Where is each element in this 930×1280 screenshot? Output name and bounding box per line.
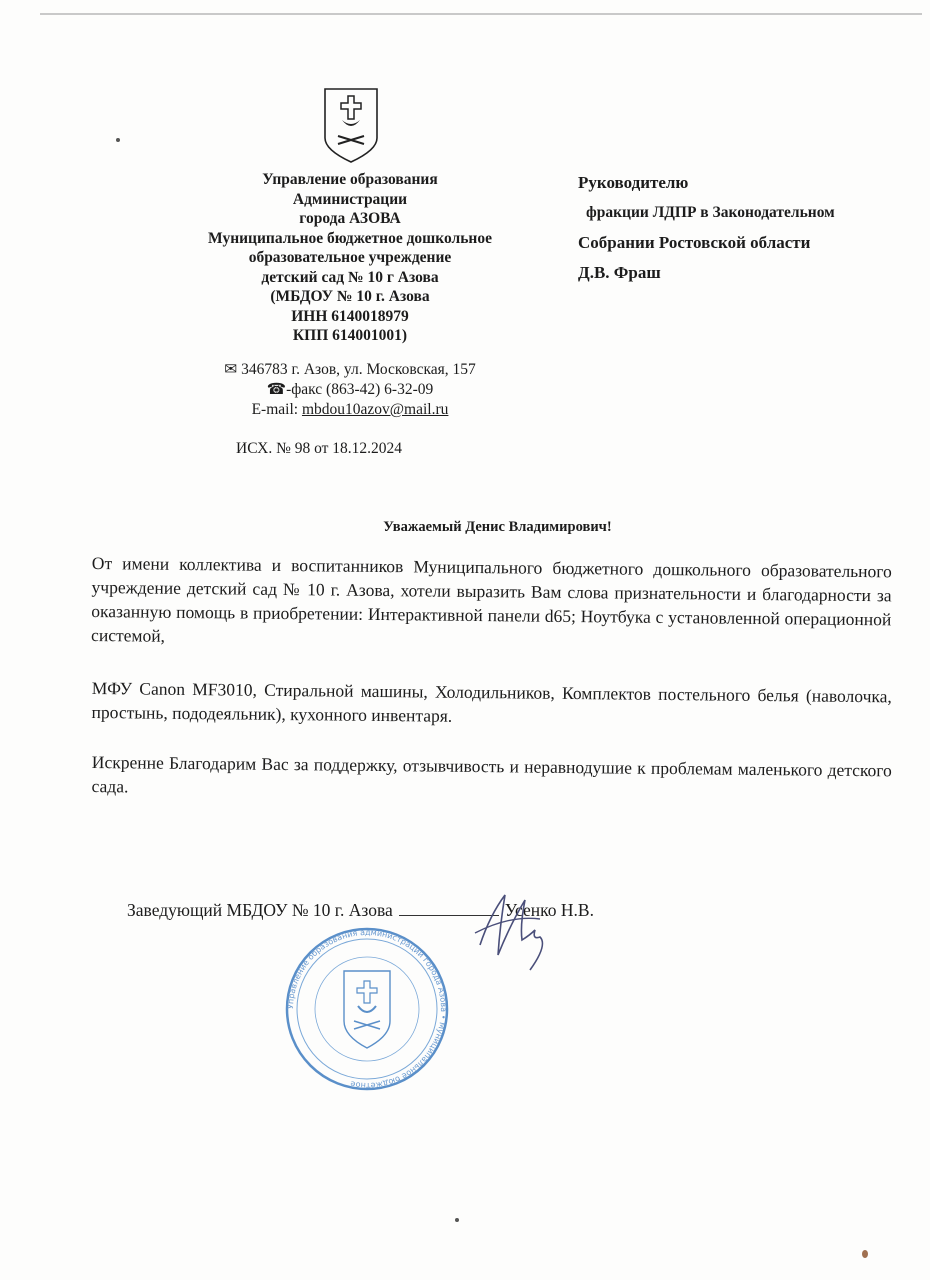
email-link[interactable]: mbdou10azov@mail.ru — [302, 401, 448, 418]
letter-paragraph: МФУ Canon MF3010, Стиральной машины, Хол… — [91, 676, 891, 732]
signer-position: Заведующий МБДОУ № 10 г. Азова — [127, 900, 393, 920]
addressee-line: Собрании Ростовской области — [578, 228, 835, 258]
address-line: ✉ 346783 г. Азов, ул. Московская, 157 — [150, 360, 550, 380]
addressee-line: фракции ЛДПР в Законодательном — [578, 198, 835, 228]
header-line: Управление образования — [150, 170, 550, 190]
scan-speck — [455, 1218, 459, 1222]
letter-paragraph: Искренне Благодарим Вас за поддержку, от… — [91, 750, 891, 806]
email-line: E-mail: mbdou10azov@mail.ru — [150, 400, 550, 420]
official-stamp-icon: Управление образования администрации гор… — [284, 926, 450, 1092]
envelope-icon: ✉ — [224, 361, 237, 378]
inn-line: ИНН 6140018979 — [150, 307, 550, 327]
addressee-name: Д.В. Фраш — [578, 258, 835, 288]
address-text: 346783 г. Азов, ул. Московская, 157 — [241, 361, 476, 378]
header-line: образовательное учреждение — [150, 248, 550, 268]
header-line: Муниципальное бюджетное дошкольное — [150, 229, 550, 249]
letter-greeting: Уважаемый Денис Владимирович! — [0, 519, 930, 536]
handwritten-signature-icon — [470, 885, 570, 975]
email-label: E-mail: — [252, 401, 302, 418]
outgoing-number: ИСХ. № 98 от 18.12.2024 — [236, 440, 402, 458]
phone-line: ☎-факс (863-42) 6-32-09 — [150, 380, 550, 400]
header-line: города АЗОВА — [150, 209, 550, 229]
scan-speck — [862, 1250, 868, 1258]
header-line: Администрации — [150, 190, 550, 210]
scan-speck — [116, 138, 120, 142]
letter-paragraph: От имени коллектива и воспитанников Муни… — [91, 551, 892, 655]
scan-edge-line — [40, 13, 922, 15]
sender-contacts: ✉ 346783 г. Азов, ул. Московская, 157 ☎-… — [150, 360, 550, 420]
phone-text: -факс (863-42) 6-32-09 — [286, 381, 433, 398]
city-coat-of-arms-icon — [322, 86, 380, 164]
telephone-icon: ☎ — [267, 381, 286, 398]
addressee-line: Руководителю — [578, 168, 835, 198]
sender-header: Управление образования Администрации гор… — [150, 170, 550, 346]
header-line: детский сад № 10 г Азова — [150, 268, 550, 288]
addressee-block: Руководителю фракции ЛДПР в Законодатель… — [578, 168, 835, 288]
kpp-line: КПП 614001001) — [150, 326, 550, 346]
header-line: (МБДОУ № 10 г. Азова — [150, 287, 550, 307]
